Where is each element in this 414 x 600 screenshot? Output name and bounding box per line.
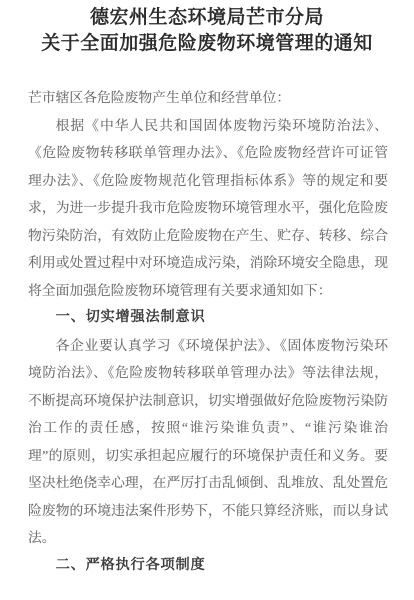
text-line: 理”的原则，切实承担起应履行的环境保护责任和义务。要 [28,442,388,470]
salutation-line: 芒市辖区各危险废物产生单位和经营单位： [28,84,388,112]
text-line: 将全面加强危险废物环境管理有关要求通知如下： [28,277,388,305]
section-heading-1: 一、切实增强法制意识 [28,304,388,332]
text-line: 不断提高环境保护法制意识，切实增强做好危险废物污染防 [28,387,388,415]
text-line: 求，为进一步提升我市危险废物环境管理水平，强化危险废 [28,194,388,222]
text-line: 险废物的环境违法案件形势下，不能只算经济账，而以身试 [28,497,388,525]
text-line: 境防治法》、《危险废物转移联单管理办法》等法律法规， [28,359,388,387]
text-line: 坚决杜绝侥幸心理，在严厉打击乱倾倒、乱堆放、乱处置危 [28,469,388,497]
document-title-line-1: 德宏州生态环境局芒市分局 [0,5,414,31]
text-line: 各企业要认真学习《环境保护法》、《固体废物污染环 [28,332,388,360]
document-title: 德宏州生态环境局芒市分局 关于全面加强危险废物环境管理的通知 [0,0,414,57]
document-body: 芒市辖区各危险废物产生单位和经营单位： 根据《中华人民共和国固体废物污染环境防治… [28,84,388,579]
text-line: 理办法》、《危险废物规范化管理指标体系》等的规定和要 [28,167,388,195]
text-line: 利用或处置过程中对环境造成污染，消除环境安全隐患，现 [28,249,388,277]
text-line: 治工作的责任感，按照“谁污染谁负责”、“谁污染谁治 [28,414,388,442]
document-title-line-2: 关于全面加强危险废物环境管理的通知 [0,31,414,57]
text-line: 根据《中华人民共和国固体废物污染环境防治法》、 [28,112,388,140]
text-line: 物污染防治，有效防止危险废物在产生、贮存、转移、综合 [28,222,388,250]
text-line: 法。 [28,524,388,552]
text-line: 《危险废物转移联单管理办法》、《危险废物经营许可证管 [28,139,388,167]
section-heading-2: 二、严格执行各项制度 [28,552,388,580]
scanned-notice-page: 德宏州生态环境局芒市分局 关于全面加强危险废物环境管理的通知 芒市辖区各危险废物… [0,0,414,600]
